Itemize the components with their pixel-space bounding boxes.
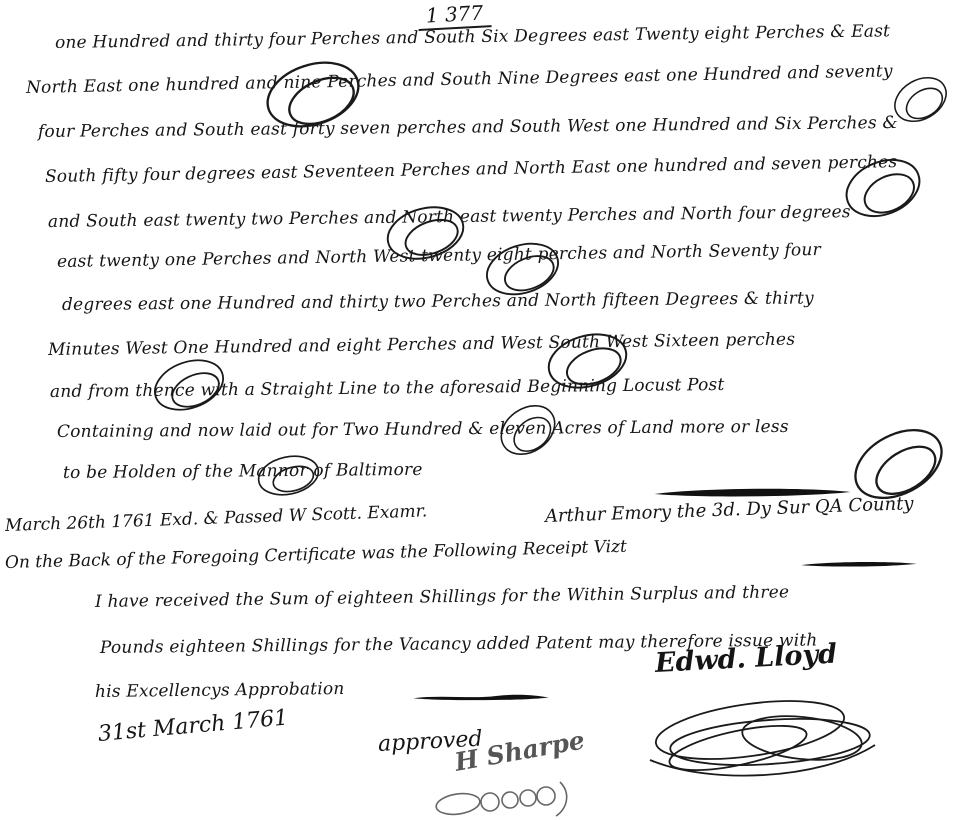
flourish-loop-icon (540, 325, 635, 397)
deed-text-line: degrees east one Hundred and thirty two … (62, 288, 814, 315)
deed-text-line: South fifty four degrees east Seventeen … (45, 152, 898, 187)
flourish-loop-icon (258, 52, 368, 137)
attestation-date-line: March 26th 1761 Exd. & Passed W Scott. E… (5, 501, 428, 536)
approval-date: 31st March 1761 (97, 705, 289, 747)
flourish-loop-icon (846, 418, 951, 510)
flourish-loop-icon (492, 392, 564, 468)
deed-text-line: North East one hundred and nine Perches … (26, 61, 893, 98)
flourish-loop-icon (148, 352, 230, 418)
endorsement-line: On the Back of the Foregoing Certificate… (5, 537, 627, 573)
pen-dash-icon (800, 558, 918, 571)
deed-text-line: Containing and now laid out for Two Hund… (57, 417, 789, 442)
signature-flourish-icon (430, 780, 600, 818)
flourish-loop-icon (888, 62, 953, 137)
receipt-line: his Excellencys Approbation (95, 679, 345, 702)
flourish-loop-icon (480, 235, 565, 303)
signature-flourish-icon (630, 690, 890, 790)
flourish-loop-icon (246, 448, 331, 503)
pen-dash-icon (412, 690, 550, 705)
flourish-loop-icon (378, 198, 473, 268)
deed-text-line: to be Holden of the Mannor of Baltimore (63, 460, 423, 483)
flourish-loop-icon (838, 148, 928, 228)
receipt-line: I have received the Sum of eighteen Shil… (95, 582, 789, 612)
deed-text-line: four Perches and South east forty seven … (38, 113, 898, 142)
manuscript-page: 1 377 one Hundred and thirty four Perche… (0, 0, 960, 820)
